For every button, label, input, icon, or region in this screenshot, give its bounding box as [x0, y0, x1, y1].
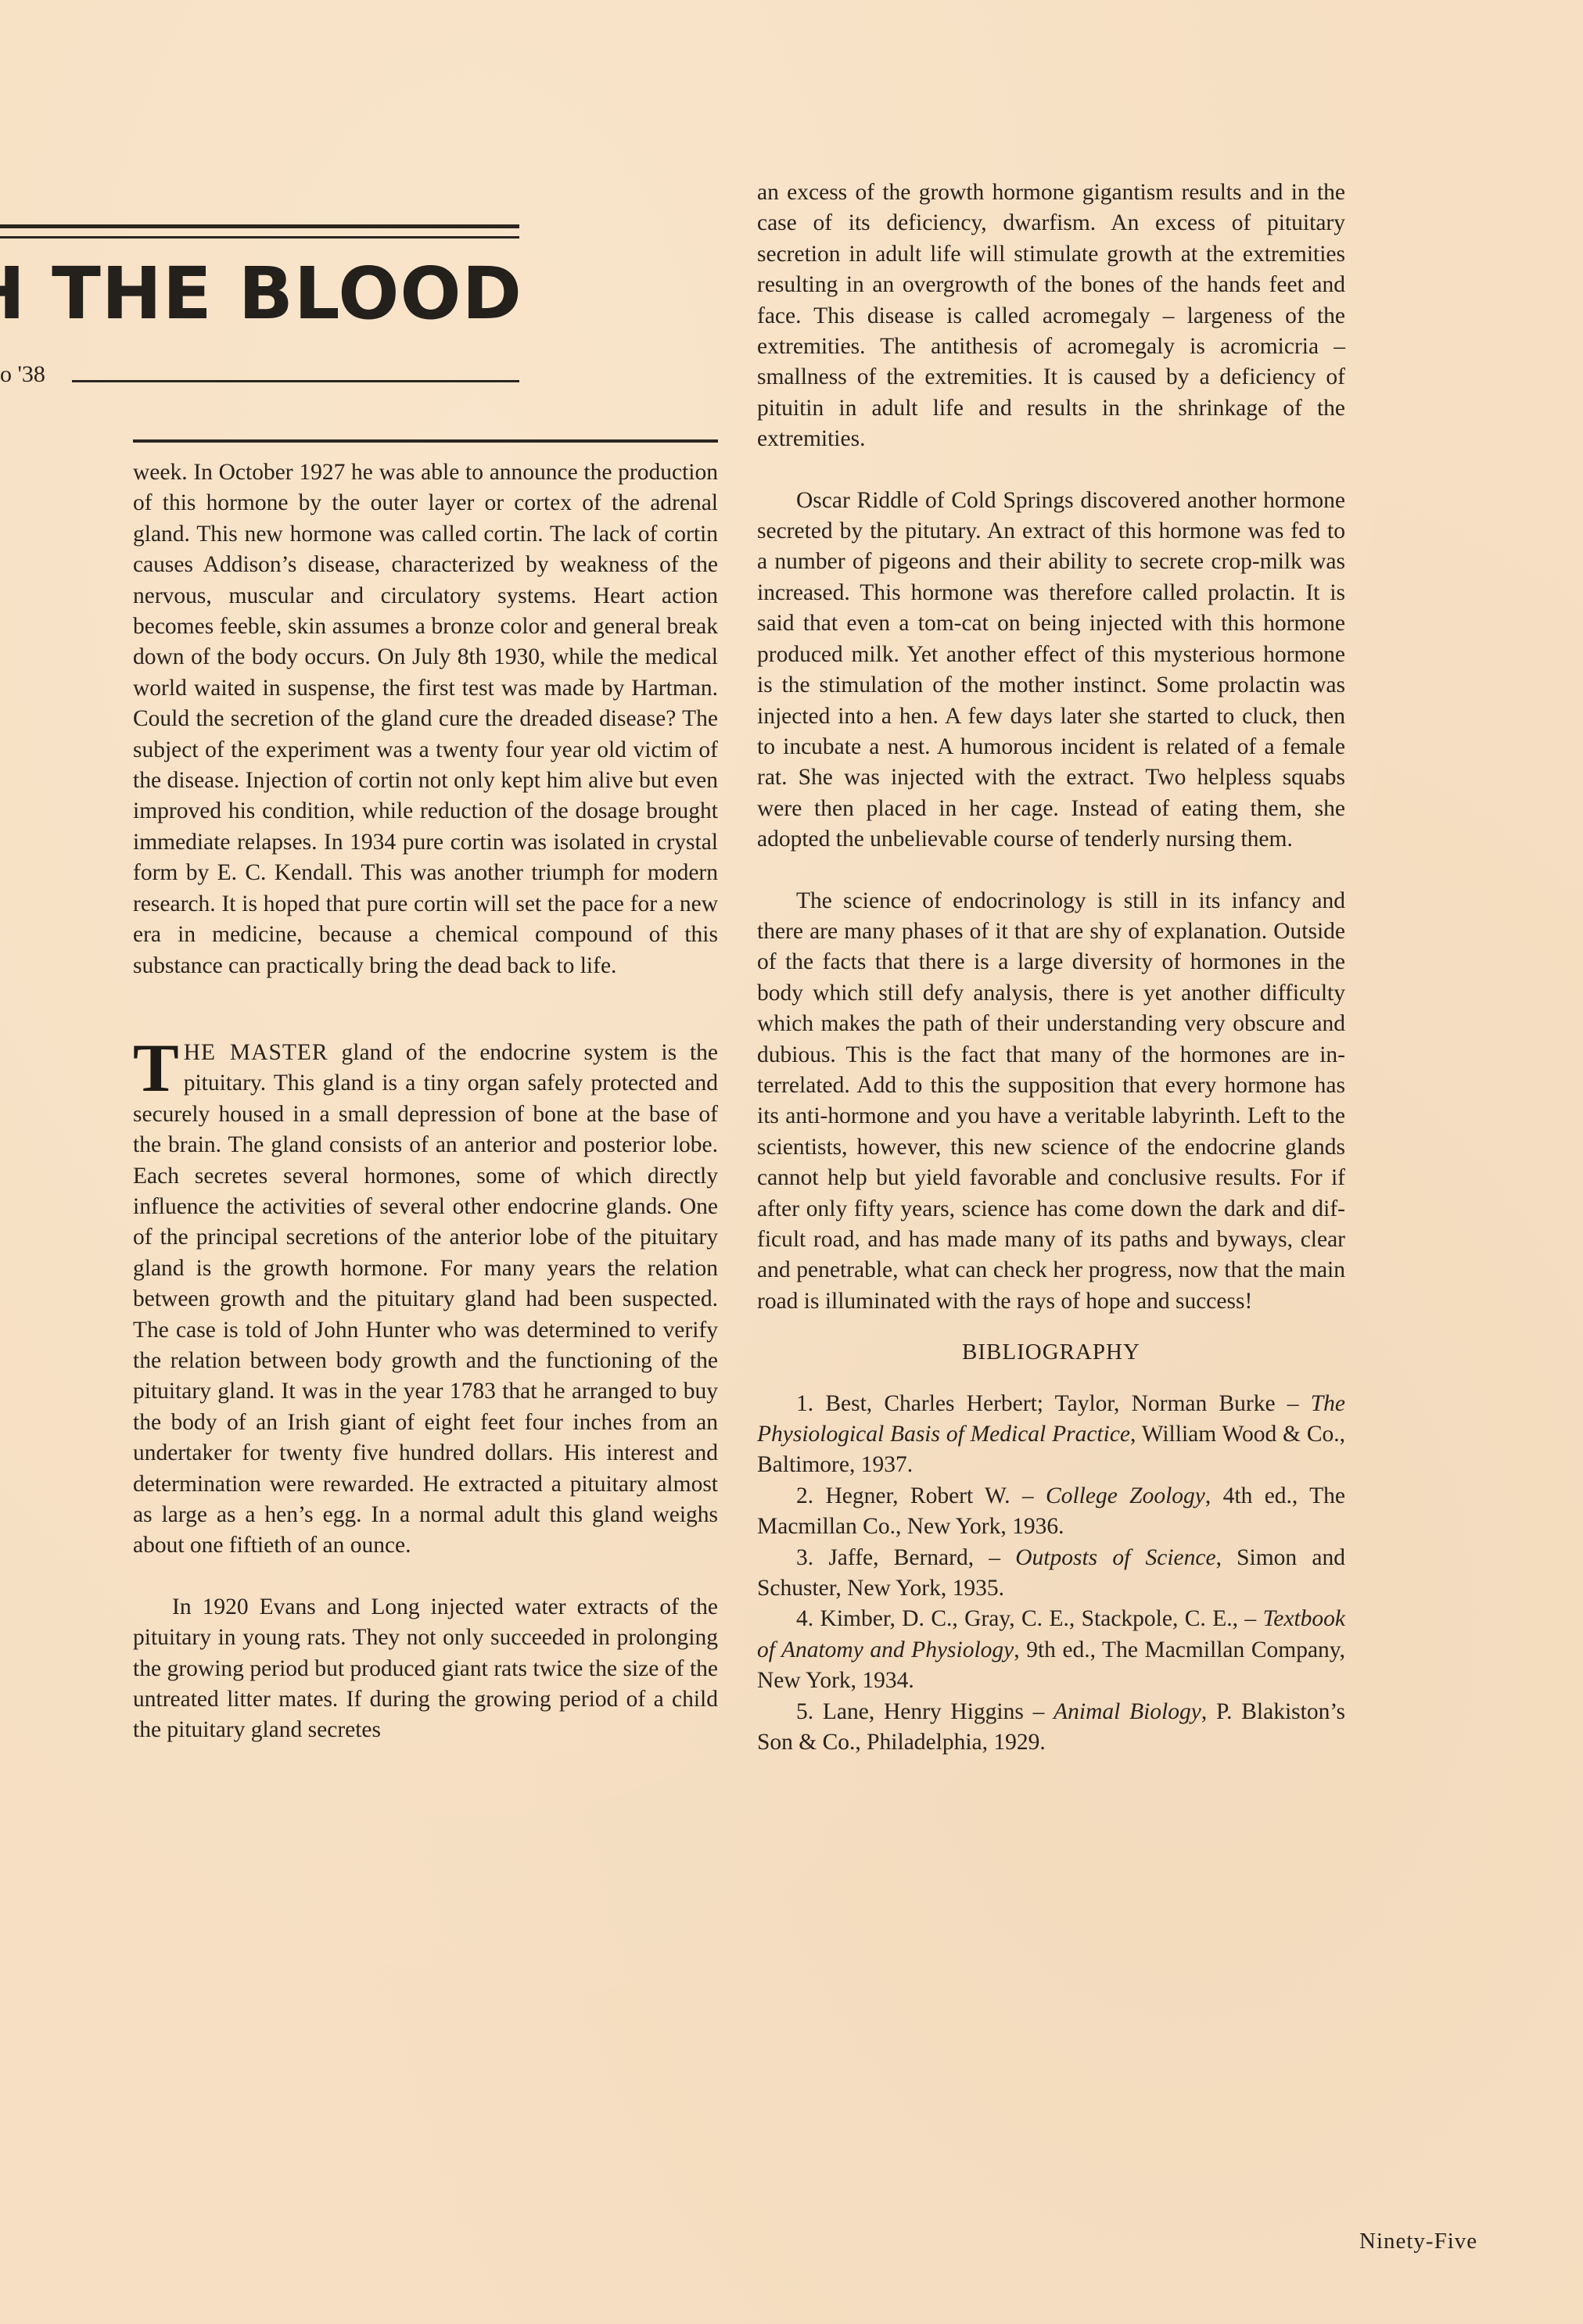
bibliography-item: 1. Best, Charles Herbert; Taylor, Norman… [757, 1389, 1345, 1481]
left-column: week. In October 1927 he was able to ann… [133, 457, 718, 1746]
paragraph-evans-long: In 1920 Evans and Long injected water ex… [133, 1592, 718, 1746]
bibliography-item: 3. Jaffe, Bernard, – Outposts of Science… [757, 1543, 1345, 1605]
right-column: an excess of the growth hormone gigantis… [757, 178, 1345, 1759]
drop-cap: T [133, 1042, 179, 1096]
page-number: Ninety-Five [1359, 2229, 1477, 2254]
bibliography-item: 5. Lane, Henry Higgins – Animal Biology,… [757, 1697, 1345, 1759]
header-rule-second [0, 236, 519, 238]
paragraph-gigantism: an excess of the growth hormone gigantis… [757, 178, 1345, 455]
article-title: GH THE BLOOD [0, 258, 522, 330]
paragraph-endocrinology: The science of endocrinology is still in… [757, 886, 1345, 1318]
paragraph-cortin: week. In October 1927 he was able to ann… [133, 457, 718, 981]
left-column-top-rule [133, 439, 718, 443]
bibliography-item: 4. Kimber, D. C., Gray, C. E., Stackpole… [757, 1604, 1345, 1696]
paragraph-prolactin: Oscar Riddle of Cold Springs discovered … [757, 486, 1345, 855]
paragraph-master-gland: THE MASTER gland of the endocrine system… [133, 1038, 718, 1562]
bibliography-heading: BIBLIOGRAPHY [757, 1337, 1345, 1368]
byline: o '38 [0, 361, 56, 388]
header-rule-top [0, 224, 519, 228]
lead-in: HE MASTER [184, 1040, 328, 1065]
bibliography-item: 2. Hegner, Robert W. – College Zoology, … [757, 1481, 1345, 1543]
byline-rule [72, 380, 519, 382]
